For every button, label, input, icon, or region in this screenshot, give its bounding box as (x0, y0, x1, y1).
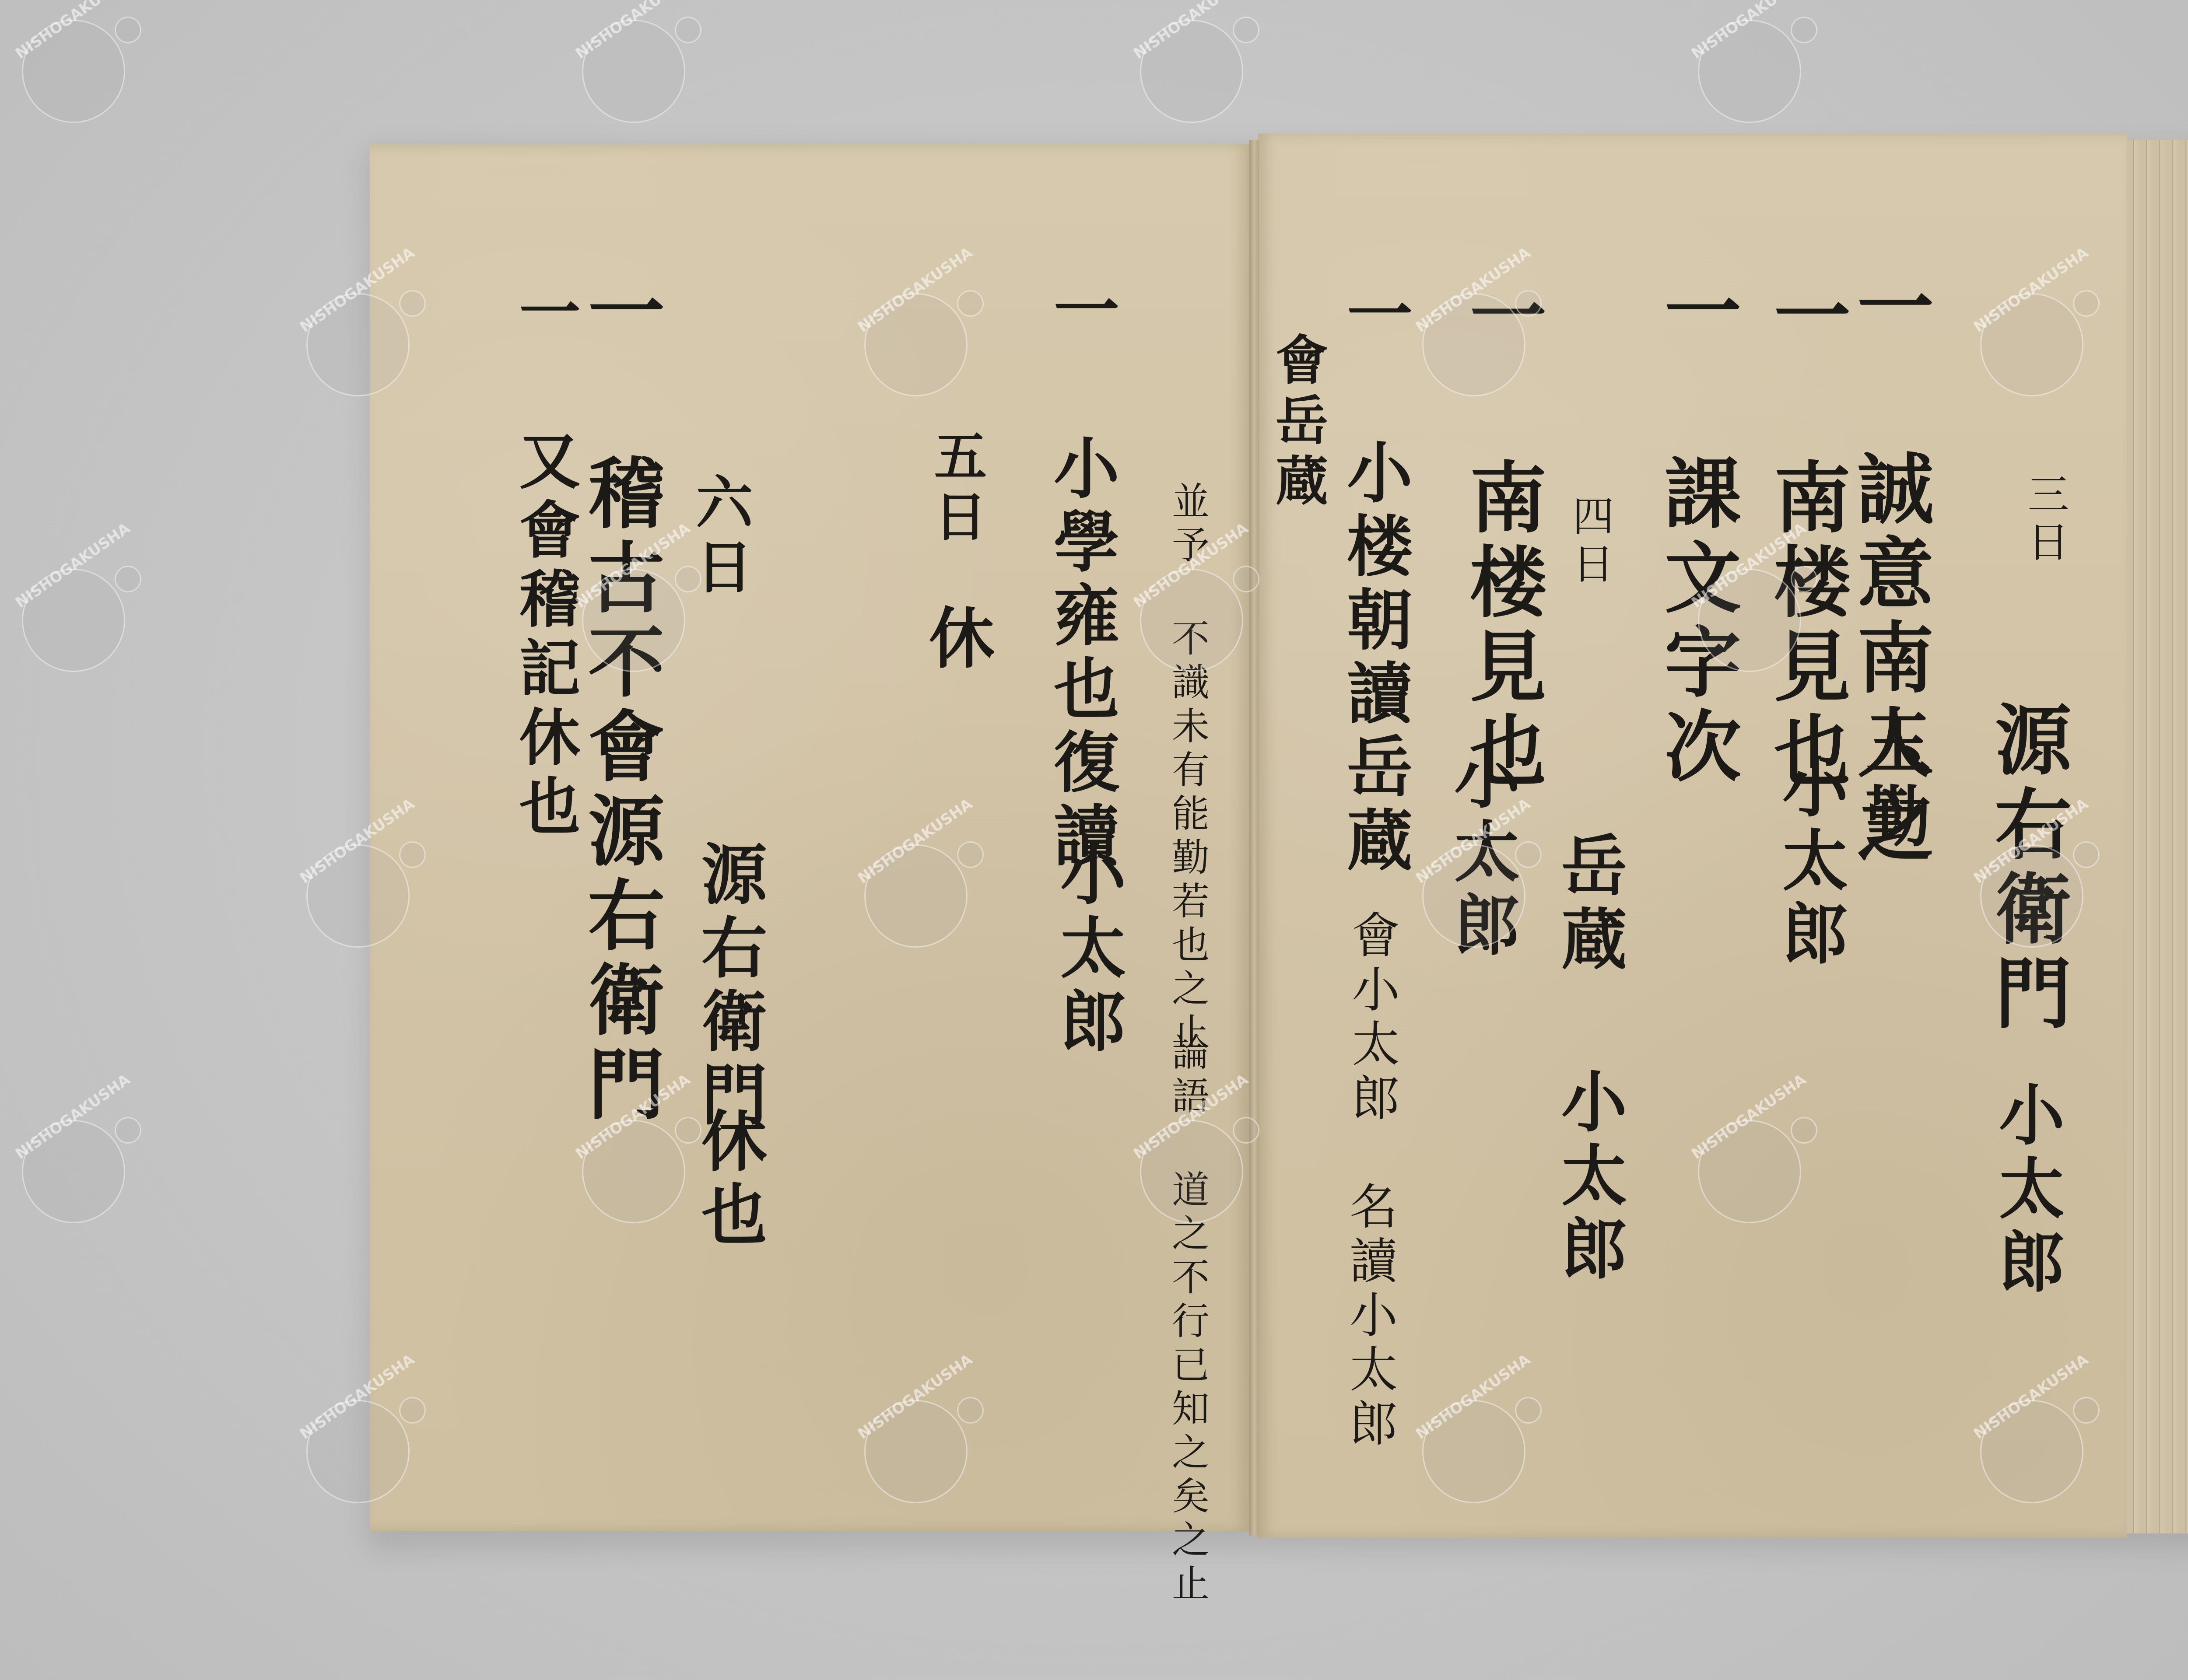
watermark-dot-icon (1791, 566, 1817, 592)
watermark-logo-icon: NISHOGAKUSHA (1140, 1120, 1243, 1223)
day3-name2: 小太郎 (1993, 1081, 2059, 1301)
entry5-c: 名讀小太郎 (1346, 1181, 1394, 1452)
watermark-logo-icon: NISHOGAKUSHA (1140, 20, 1243, 123)
watermark-logo-icon: NISHOGAKUSHA (1980, 293, 2083, 396)
entry5-b: 會小太郎 (1348, 910, 1396, 1127)
watermark-dot-icon (1233, 17, 1259, 43)
watermark-logo-icon: NISHOGAKUSHA (1980, 1400, 2083, 1503)
watermark-logo-icon: NISHOGAKUSHA (582, 1120, 685, 1223)
day3-label: 三日 (2024, 472, 2065, 568)
entry3: 一 課文字次 (1659, 271, 1735, 791)
watermark-dot-icon (2073, 290, 2100, 317)
watermark-dot-icon (115, 1117, 141, 1144)
watermark-logo-icon: NISHOGAKUSHA (1422, 1400, 1525, 1503)
watermark-dot-icon (2073, 1397, 2100, 1424)
watermark-dot-icon (1515, 841, 1542, 868)
watermark-logo-icon: NISHOGAKUSHA (1140, 569, 1243, 672)
watermark-dot-icon (1233, 1117, 1259, 1144)
watermark-dot-icon (1791, 1117, 1817, 1144)
entry7: 一 小學雍也復讀 (1048, 276, 1114, 875)
watermark-logo-icon: NISHOGAKUSHA (864, 844, 968, 948)
watermark-dot-icon (1233, 566, 1259, 592)
watermark-dot-icon (399, 290, 426, 317)
watermark-dot-icon (957, 290, 984, 317)
watermark-logo-icon: NISHOGAKUSHA (582, 569, 685, 672)
day5-label: 五日 (930, 429, 982, 549)
watermark-logo-icon: NISHOGAKUSHA (22, 569, 125, 672)
book-gutter (1249, 140, 1259, 1536)
watermark-logo-icon: NISHOGAKUSHA (306, 844, 410, 948)
watermark-dot-icon (957, 1397, 984, 1424)
watermark-logo-icon: NISHOGAKUSHA (1698, 569, 1801, 672)
entry6: 會岳蔵 (1271, 332, 1324, 514)
watermark-logo-icon: NISHOGAKUSHA (864, 293, 968, 396)
watermark-logo-icon: NISHOGAKUSHA (1422, 293, 1525, 396)
entry2-name: 小太郎 (1777, 752, 1842, 973)
watermark-text: NISHOGAKUSHA (12, 1071, 133, 1162)
watermark-dot-icon (675, 1117, 701, 1144)
watermark-logo-icon: NISHOGAKUSHA (1698, 20, 1801, 123)
day4-name1: 岳蔵 (1556, 831, 1621, 978)
day4-label: 四日 (1569, 494, 1610, 590)
watermark-text: NISHOGAKUSHA (12, 519, 133, 611)
watermark-dot-icon (2073, 841, 2100, 868)
watermark-dot-icon (399, 841, 426, 868)
entry9: 一 又會稽記休也 (514, 280, 575, 843)
watermark-dot-icon (1515, 1397, 1542, 1424)
page-stack-edge (2127, 140, 2188, 1533)
day6-name: 源右衛門 (696, 840, 761, 1134)
watermark-dot-icon (675, 566, 701, 592)
watermark-logo-icon: NISHOGAKUSHA (1698, 1120, 1801, 1223)
entry7-name: 小太郎 (1055, 840, 1120, 1060)
watermark-logo-icon: NISHOGAKUSHA (306, 1400, 410, 1503)
watermark-dot-icon (1791, 17, 1817, 43)
day4-name2: 小太郎 (1556, 1067, 1621, 1288)
entry8: 一 稽古不會源右衛門 (582, 271, 659, 1129)
watermark-dot-icon (115, 17, 141, 43)
watermark-logo-icon: NISHOGAKUSHA (22, 20, 125, 123)
watermark-dot-icon (957, 841, 984, 868)
entry5: 一 小楼朝讀岳蔵 (1341, 280, 1407, 879)
watermark-dot-icon (675, 17, 701, 43)
watermark-logo-icon: NISHOGAKUSHA (582, 20, 685, 123)
day6-status: 休也 (696, 1107, 761, 1254)
watermark-logo-icon: NISHOGAKUSHA (864, 1400, 968, 1503)
watermark-dot-icon (1515, 290, 1542, 317)
watermark-dot-icon (115, 566, 141, 592)
watermark-dot-icon (399, 1397, 426, 1424)
day5-status: 休 (923, 604, 989, 677)
watermark-logo-icon: NISHOGAKUSHA (1422, 844, 1525, 948)
watermark-logo-icon: NISHOGAKUSHA (306, 293, 410, 396)
watermark-logo-icon: NISHOGAKUSHA (1980, 844, 2083, 948)
entry1-name: 玉勤 (1860, 709, 1925, 856)
watermark-logo-icon: NISHOGAKUSHA (22, 1120, 125, 1223)
